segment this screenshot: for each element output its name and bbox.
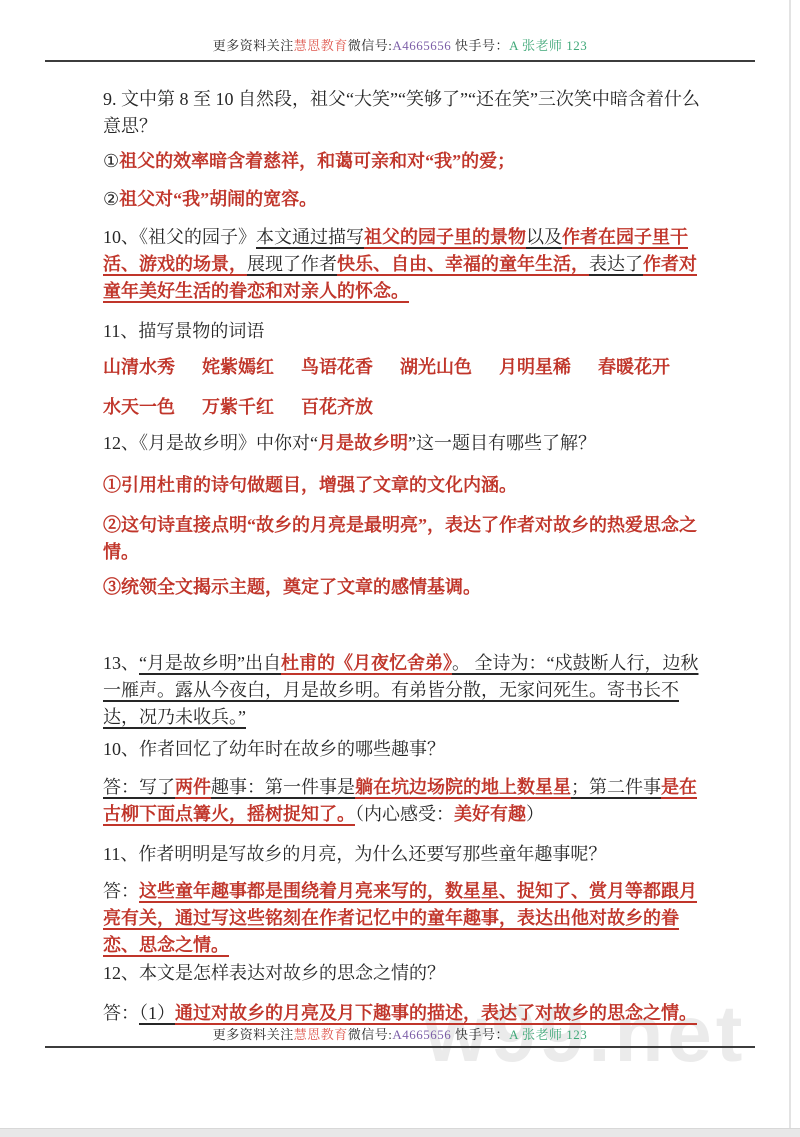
- scenery-words-row-2: 水天一色万紫千红百花齐放: [103, 394, 709, 421]
- a12b-seg-0: 答：: [103, 1003, 139, 1023]
- footer-wechat-label: 微信号:: [348, 1027, 393, 1042]
- answer-12-point-3: ③统领全文揭示主题，奠定了文章的感情基调。: [103, 574, 709, 601]
- question-11b-text: 11、作者明明是写故乡的月亮，为什么还要写那些童年趣事呢？: [103, 844, 606, 864]
- question-10b-text: 10、作者回忆了幼年时在故乡的哪些趣事？: [103, 739, 445, 759]
- scenery-word: 春暖花开: [598, 357, 670, 377]
- banner-prefix: 更多资料关注: [213, 38, 294, 53]
- q12-seg-0: 12、《月是故乡明》中你对“: [103, 433, 318, 453]
- banner-wechat-id: A4665656: [392, 38, 451, 53]
- q10-seg-5: 展现了作者: [247, 254, 337, 274]
- a10b-seg-4: ；第二件事: [571, 777, 661, 797]
- q10-seg-1: 本文通过描写: [256, 227, 364, 247]
- scenery-words-row-1: 山清水秀姹紫嫣红鸟语花香湖光山色月明星稀春暖花开: [103, 354, 709, 381]
- footer-kuaishou-label: 快手号：: [451, 1027, 509, 1042]
- question-10b: 10、作者回忆了幼年时在故乡的哪些趣事？: [103, 736, 709, 763]
- q12-seg-1: 月是故乡明: [318, 433, 408, 453]
- footer-wechat-id: A4665656: [392, 1027, 451, 1042]
- answer-12-point-1: ①引用杜甫的诗句做题目，增强了文章的文化内涵。: [103, 472, 709, 499]
- footer-divider: [45, 1046, 755, 1048]
- scenery-word: 水天一色: [103, 397, 175, 417]
- answer-12-point-1-text: ①引用杜甫的诗句做题目，增强了文章的文化内涵。: [103, 475, 517, 495]
- answer-11b: 答：这些童年趣事都是围绕着月亮来写的，数星星、捉知了、赏月等都跟月亮有关，通过写…: [103, 878, 709, 959]
- q10-seg-6: 快乐、自由、幸福的童年生活，: [337, 254, 589, 274]
- a11b-seg-0: 答：: [103, 881, 139, 901]
- header-banner: 更多资料关注慧恩教育微信号:A4665656 快手号：A 张老师 123: [0, 38, 800, 54]
- answer-9-point-2-text: 祖父对“我”胡闹的宽容。: [119, 189, 317, 209]
- answer-9-point-1-marker: ①: [103, 151, 119, 171]
- answer-9-point-1: ①祖父的效率暗含着慈祥，和蔼可亲和对“我”的爱；: [103, 148, 709, 175]
- document-page: w99.net 更多资料关注慧恩教育微信号:A4665656 快手号：A 张老师…: [0, 0, 800, 1137]
- scenery-word: 月明星稀: [499, 357, 571, 377]
- q10-seg-2: 祖父的园子里的景物: [364, 227, 526, 247]
- a10b-seg-0: 答：写了: [103, 777, 175, 797]
- answer-12-point-2: ②这句诗直接点明“故乡的月亮是最明亮”，表达了作者对故乡的热爱思念之情。: [103, 512, 709, 566]
- q12-seg-2: ”这一题目有哪些了解？: [408, 433, 596, 453]
- question-9-text: 9. 文中第 8 至 10 自然段，祖父“大笑”“笑够了”“还在笑”三次笑中暗含…: [103, 89, 700, 136]
- a10b-seg-2: 趣事：第一件事是: [211, 777, 355, 797]
- q10-seg-title: 10、《祖父的园子》: [103, 227, 256, 247]
- a12b-seg-2: 通过对故乡的月亮及月下趣事的描述，表达了对故乡的思念之情。: [175, 1003, 697, 1023]
- q13-seg-1: “月是故乡明”出自: [139, 653, 281, 673]
- a10b-seg-7: 美好有趣: [454, 804, 526, 824]
- answer-10b: 答：写了两件趣事：第一件事是躺在坑边场院的地上数星星；第二件事是在古柳下面点篝火…: [103, 774, 709, 828]
- banner-brand-name: 慧恩教育: [294, 38, 348, 53]
- page-bottom-gap: [0, 1128, 800, 1137]
- footer-banner: 更多资料关注慧恩教育微信号:A4665656 快手号：A 张老师 123: [0, 1027, 800, 1043]
- answer-9-point-2-marker: ②: [103, 189, 119, 209]
- scenery-word: 姹紫嫣红: [202, 357, 274, 377]
- banner-wechat-label: 微信号:: [348, 38, 393, 53]
- answer-9-point-1-text: 祖父的效率暗含着慈祥，和蔼可亲和对“我”的爱；: [119, 151, 515, 171]
- scenery-word: 山清水秀: [103, 357, 175, 377]
- scenery-word: 鸟语花香: [301, 357, 373, 377]
- a11b-seg-1: 这些童年趣事都是围绕着月亮来写的，数星星、捉知了、赏月等都跟月亮有关，通过写这些…: [103, 881, 697, 955]
- answer-12b: 答：（1）通过对故乡的月亮及月下趣事的描述，表达了对故乡的思念之情。: [103, 1000, 709, 1027]
- footer-brand-name: 慧恩教育: [294, 1027, 348, 1042]
- a12b-seg-1: （1）: [139, 1003, 175, 1023]
- question-9: 9. 文中第 8 至 10 自然段，祖父“大笑”“笑够了”“还在笑”三次笑中暗含…: [103, 86, 709, 140]
- question-12: 12、《月是故乡明》中你对“月是故乡明”这一题目有哪些了解？: [103, 430, 709, 457]
- banner-kuaishou-id: A 张老师 123: [509, 38, 587, 53]
- answer-12-point-2-text: ②这句诗直接点明“故乡的月亮是最明亮”，表达了作者对故乡的热爱思念之情。: [103, 515, 697, 562]
- banner-kuaishou-label: 快手号：: [451, 38, 509, 53]
- scenery-word: 万紫千红: [202, 397, 274, 417]
- a10b-seg-6: （内心感受：: [355, 804, 454, 824]
- question-10-summary: 10、《祖父的园子》本文通过描写祖父的园子里的景物以及作者在园子里干活、游戏的场…: [103, 224, 709, 305]
- footer-kuaishou-id: A 张老师 123: [509, 1027, 587, 1042]
- q10-seg-7: 表达了: [589, 254, 643, 274]
- scenery-word: 百花齐放: [301, 397, 373, 417]
- question-12b: 12、本文是怎样表达对故乡的思念之情的？: [103, 960, 709, 987]
- q13-seg-0: 13、: [103, 653, 139, 673]
- footer-prefix: 更多资料关注: [213, 1027, 294, 1042]
- answer-12-point-3-text: ③统领全文揭示主题，奠定了文章的感情基调。: [103, 577, 481, 597]
- q13-seg-2: 杜甫的《月夜忆舍弟》: [281, 653, 452, 673]
- answer-9-point-2: ②祖父对“我”胡闹的宽容。: [103, 186, 709, 213]
- question-11-title-text: 11、描写景物的词语: [103, 321, 264, 341]
- a10b-seg-8: ）: [526, 804, 544, 824]
- a10b-seg-3: 躺在坑边场院的地上数星星: [355, 777, 571, 797]
- header-divider: [45, 60, 755, 62]
- a10b-seg-1: 两件: [175, 777, 211, 797]
- question-12b-text: 12、本文是怎样表达对故乡的思念之情的？: [103, 963, 445, 983]
- q10-seg-3: 以及: [526, 227, 562, 247]
- scenery-word: 湖光山色: [400, 357, 472, 377]
- page-right-edge: [789, 0, 791, 1128]
- question-11b: 11、作者明明是写故乡的月亮，为什么还要写那些童年趣事呢？: [103, 841, 709, 868]
- question-13-poem: 13、“月是故乡明”出自杜甫的《月夜忆舍弟》。 全诗为：“戍鼓断人行，边秋一雁声…: [103, 650, 709, 731]
- question-11-title: 11、描写景物的词语: [103, 318, 709, 345]
